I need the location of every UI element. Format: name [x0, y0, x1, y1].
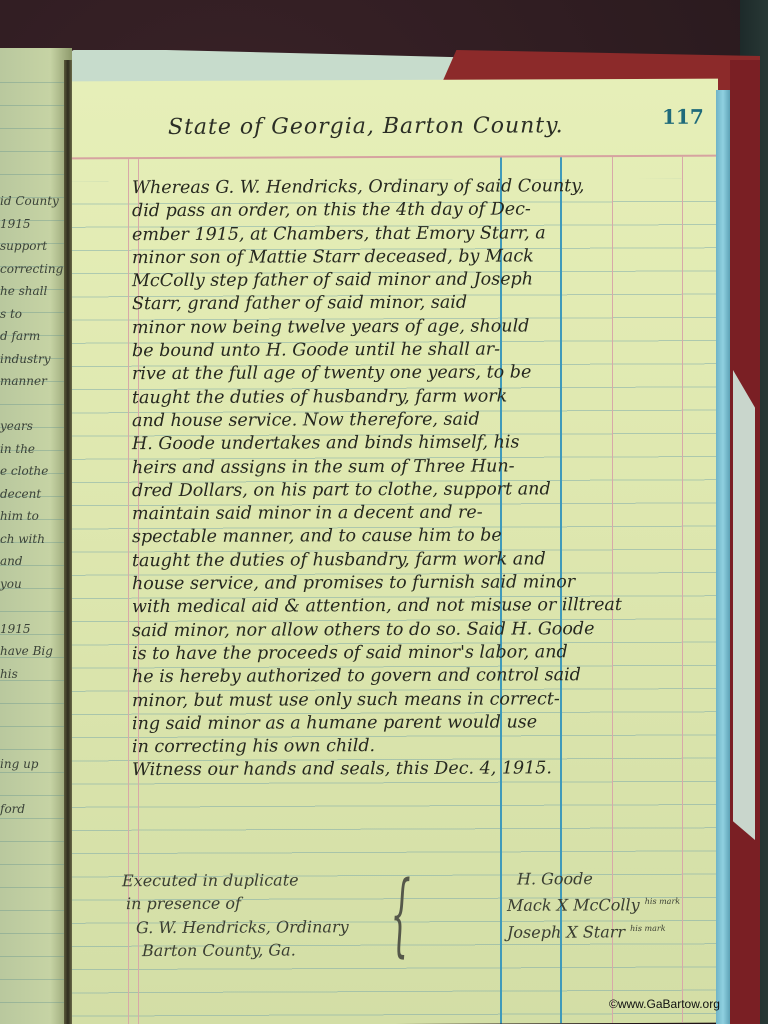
body-line: minor son of Mattie Starr deceased, by M… [132, 245, 712, 271]
signature-starr-name: Joseph X Starr [507, 922, 625, 942]
attestation-line: G. W. Hendricks, Ordinary [122, 915, 349, 939]
body-line: with medical aid & attention, and not mi… [132, 594, 712, 620]
body-line: ember 1915, at Chambers, that Emory Star… [132, 221, 712, 247]
left-fragment: ing up [0, 753, 64, 776]
left-fragment: id County [0, 190, 64, 213]
left-fragment: ch with [0, 528, 64, 551]
signature-starr: Joseph X Starr his mark [507, 917, 680, 944]
page-number: 117 [662, 105, 704, 129]
left-fragment: industry [0, 348, 64, 371]
left-fragment: d farm [0, 325, 64, 348]
signature-mccolly: Mack X McColly his mark [507, 890, 680, 917]
his-mark-note: his mark [645, 897, 680, 906]
blue-page-edge [716, 90, 730, 1024]
body-line: he is hereby authorized to govern and co… [132, 664, 712, 690]
body-line: is to have the proceeds of said minor's … [132, 641, 712, 667]
body-line: dred Dollars, on his part to clothe, sup… [132, 477, 712, 503]
left-fragment: manner [0, 370, 64, 393]
body-line: did pass an order, on this the 4th day o… [132, 198, 712, 224]
left-page-text: id County 1915 support correcting he sha… [0, 190, 64, 820]
signatures: H. Goode Mack X McColly his mark Joseph … [507, 867, 680, 944]
witness-line: Witness our hands and seals, this Dec. 4… [132, 757, 712, 783]
header-rule [72, 155, 718, 160]
left-fragment [0, 595, 64, 618]
left-fragment: 1915 [0, 618, 64, 641]
body-line: heirs and assigns in the sum of Three Hu… [132, 454, 712, 480]
book-gutter [64, 60, 72, 1024]
left-fragment [0, 775, 64, 798]
left-fragment: and [0, 550, 64, 573]
body-line: McColly step father of said minor and Jo… [132, 268, 712, 294]
indenture-body: Whereas G. W. Hendricks, Ordinary of sai… [132, 175, 712, 783]
body-line: in correcting his own child. [132, 734, 712, 760]
left-fragment: his [0, 663, 64, 686]
left-fragment: in the [0, 438, 64, 461]
body-line: ing said minor as a humane parent would … [132, 710, 712, 736]
left-fragment: correcting [0, 258, 64, 281]
body-line: taught the duties of husbandry, farm wor… [132, 384, 712, 410]
left-fragment: 1915 [0, 213, 64, 236]
body-line: Whereas G. W. Hendricks, Ordinary of sai… [132, 175, 712, 201]
body-line: maintain said minor in a decent and re- [132, 501, 712, 527]
body-line: taught the duties of husbandry, farm wor… [132, 547, 712, 573]
signature-goode: H. Goode [507, 867, 680, 891]
body-line: minor, but must use only such means in c… [132, 687, 712, 713]
ledger-page-117: 117 State of Georgia, Barton County. Whe… [72, 79, 718, 1024]
left-fragment: decent [0, 483, 64, 506]
body-line: be bound unto H. Goode until he shall ar… [132, 338, 712, 364]
left-fragment: you [0, 573, 64, 596]
copyright-watermark: ©www.GaBartow.org [609, 997, 720, 1011]
body-line: rive at the full age of twenty one years… [132, 361, 712, 387]
left-fragment: him to [0, 505, 64, 528]
binding-cloth-right [733, 370, 755, 840]
attestation-line: in presence of [122, 891, 349, 915]
left-fragment [0, 708, 64, 731]
body-line: said minor, nor allow others to do so. S… [132, 617, 712, 643]
body-line: H. Goode undertakes and binds himself, h… [132, 431, 712, 457]
body-line: spectable manner, and to cause him to be [132, 524, 712, 550]
signature-mccolly-name: Mack X McColly [507, 896, 640, 916]
left-fragment: s to [0, 303, 64, 326]
left-fragment [0, 685, 64, 708]
attestation: Executed in duplicate in presence of G. … [122, 868, 349, 962]
curly-brace: { [391, 870, 411, 960]
left-fragment [0, 393, 64, 416]
body-line: and house service. Now therefore, said [132, 408, 712, 434]
left-fragment: e clothe [0, 460, 64, 483]
left-fragment: he shall [0, 280, 64, 303]
attestation-line: Barton County, Ga. [122, 938, 349, 962]
left-fragment: have Big [0, 640, 64, 663]
body-line: house service, and promises to furnish s… [132, 571, 712, 597]
left-fragment: support [0, 235, 64, 258]
body-line: Starr, grand father of said minor, said [132, 291, 712, 317]
body-line: minor now being twelve years of age, sho… [132, 314, 712, 340]
left-fragment: ford [0, 798, 64, 821]
left-fragment [0, 730, 64, 753]
his-mark-note: his mark [630, 924, 665, 933]
page-heading: State of Georgia, Barton County. [168, 113, 564, 140]
left-fragment: years [0, 415, 64, 438]
attestation-line: Executed in duplicate [122, 868, 349, 892]
